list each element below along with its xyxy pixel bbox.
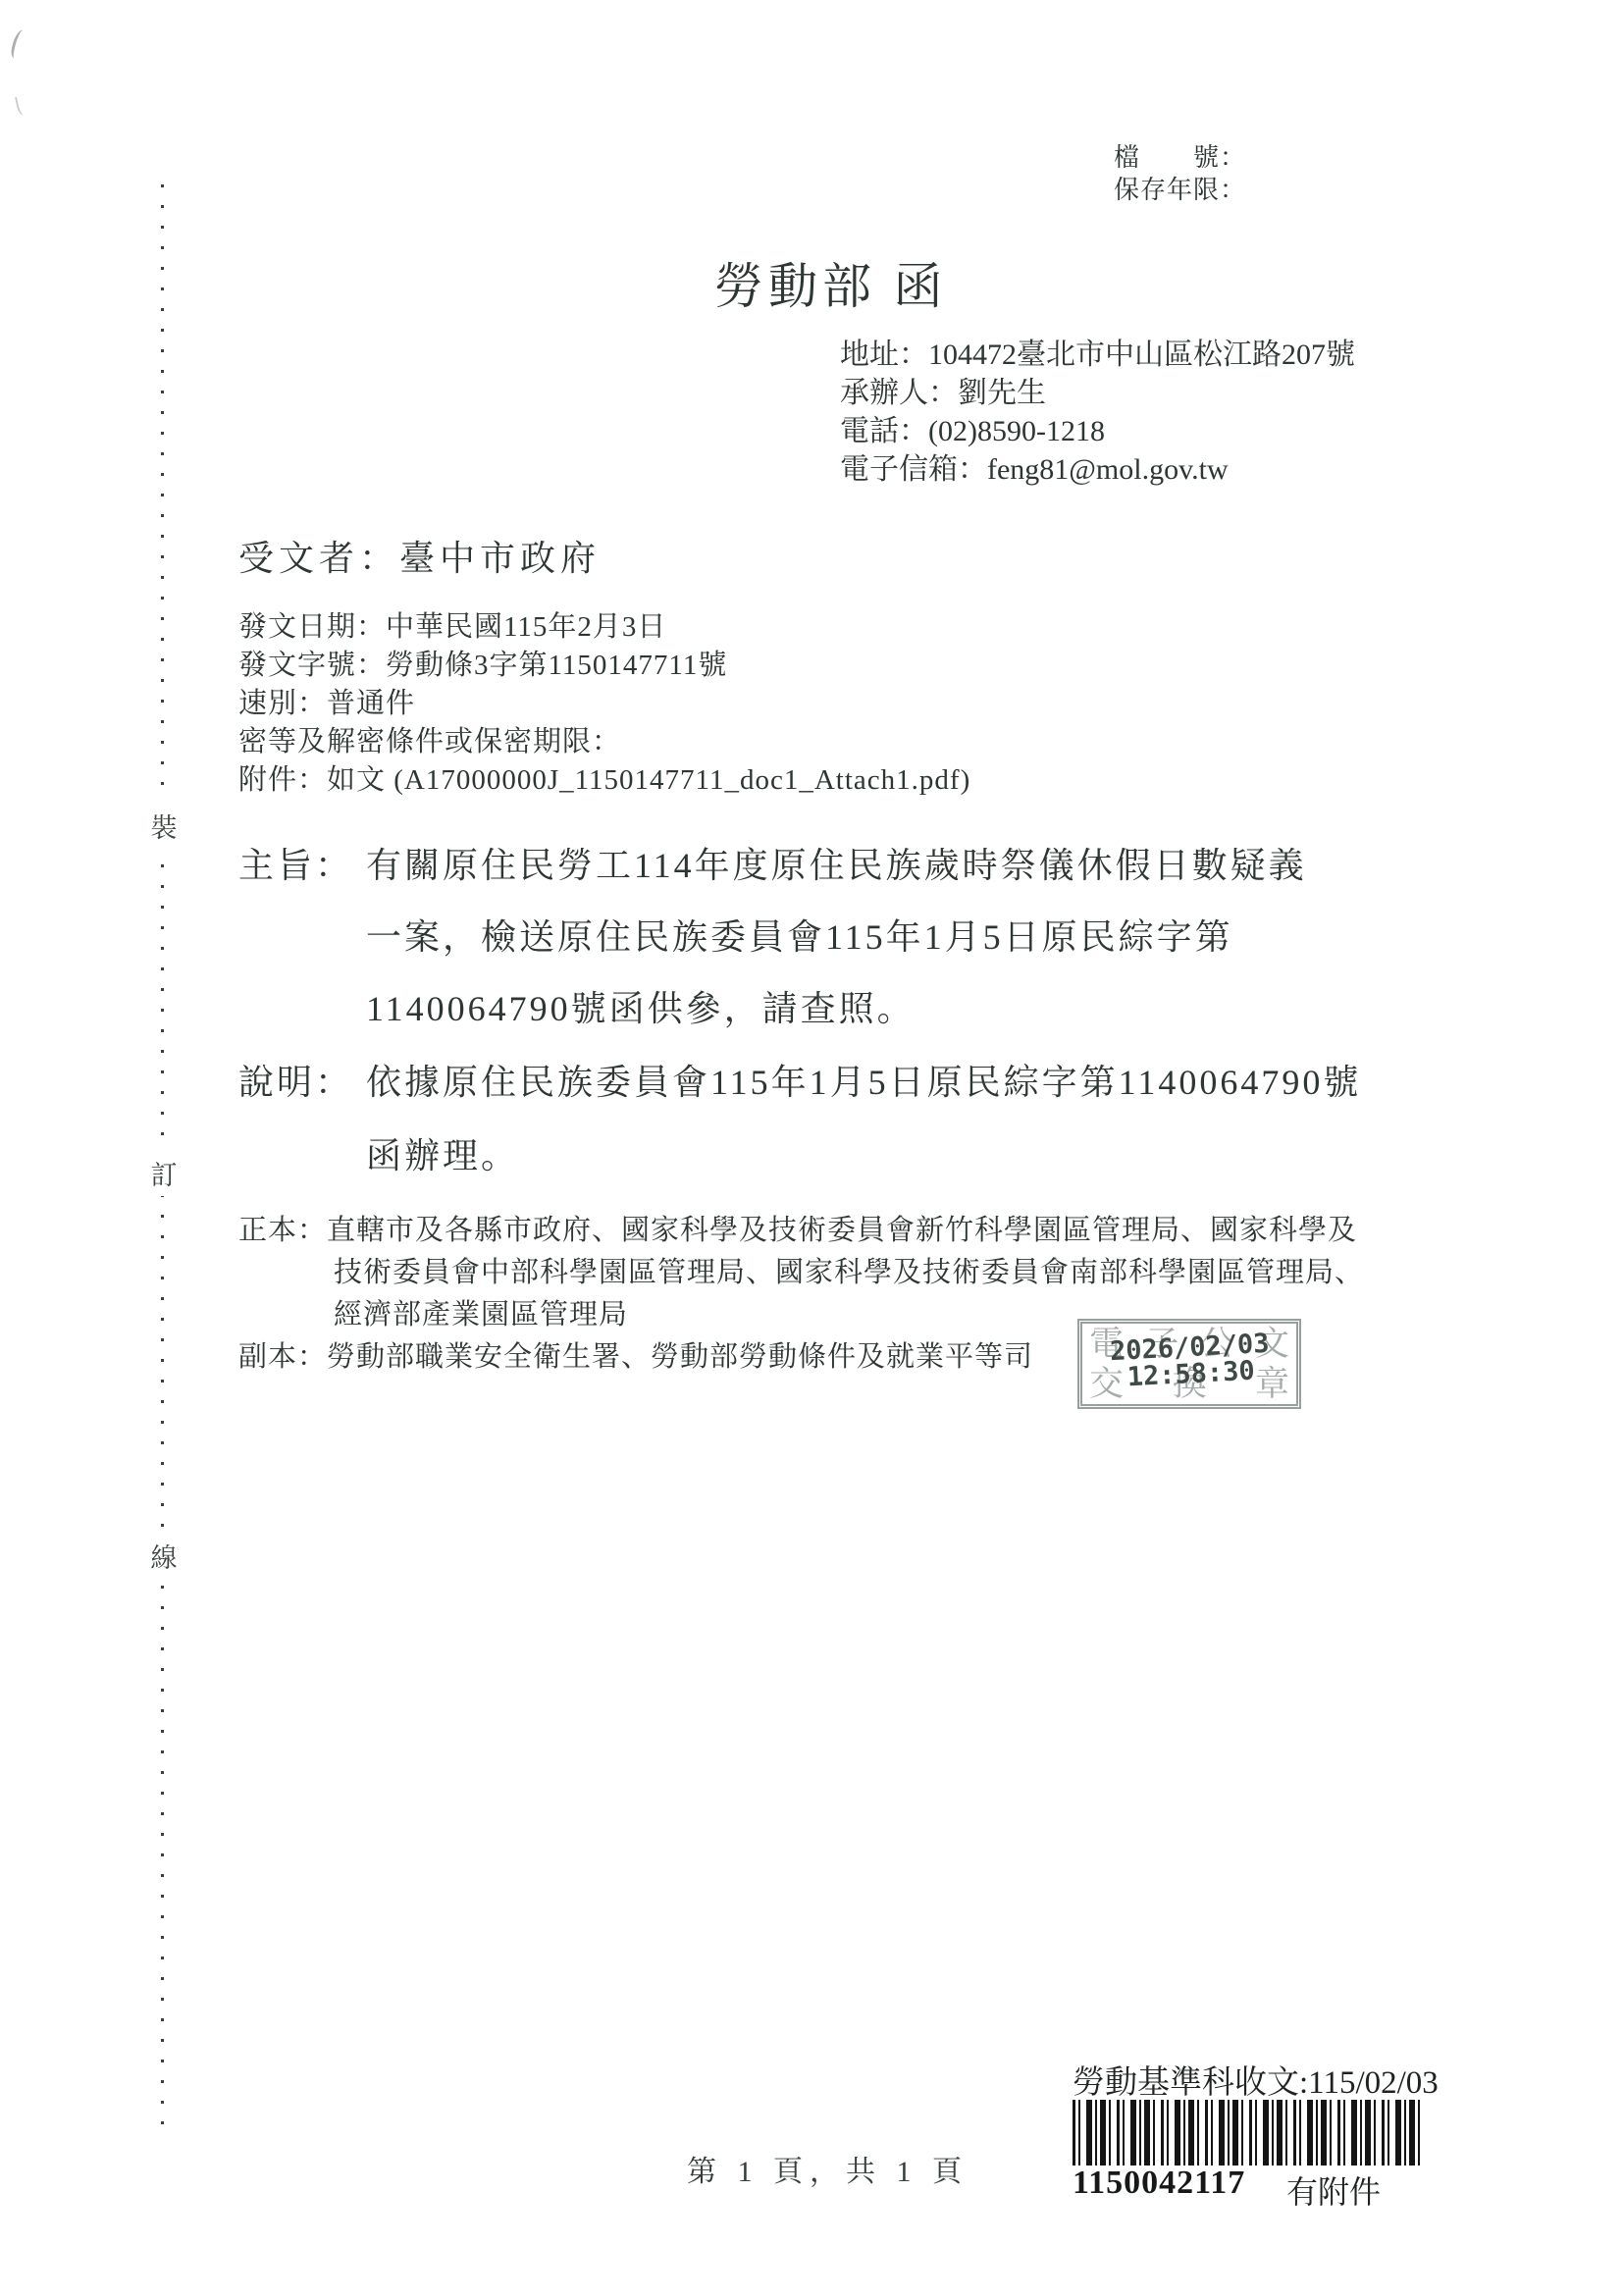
sender-info-block: 地址：104472臺北市中山區松江路207號 承辦人：劉先生 電話：(02)85… <box>840 336 1355 489</box>
cc-label: 副本： <box>238 1336 327 1379</box>
receipt-label-header: 勞動基準科 收文:115/02/03 <box>1073 2057 1422 2103</box>
scan-artifact <box>10 28 28 60</box>
attachment-line: 附件：如文 (A17000000J_1150147711_doc1_Attach… <box>238 761 970 800</box>
receipt-label-footer: 1150042117 有附件 <box>1073 2165 1422 2204</box>
explanation-line: 函辦理。 <box>366 1128 519 1178</box>
scan-artifact <box>15 95 27 116</box>
explanation-label: 說明： <box>238 1055 353 1105</box>
subject-line: 有關原住民勞工114年度原住民族歲時祭儀休假日數疑義 <box>366 838 1307 888</box>
security-line: 密等及解密條件或保密期限： <box>238 723 970 761</box>
explanation-line: 依據原住民族委員會115年1月5日原民綜字第1140064790號 <box>366 1055 1361 1105</box>
binding-mark-xian: 線 <box>147 1533 181 1579</box>
subject-line: 一案，檢送原住民族委員會115年1月5日原民綜字第 <box>366 910 1233 960</box>
page-number-info: 第 1 頁，共 1 頁 <box>687 2147 969 2190</box>
doc-number-line: 發文字號：勞動條3字第1150147711號 <box>238 647 970 685</box>
subject-label: 主旨： <box>238 838 353 888</box>
receipt-attachment-note: 有附件 <box>1286 2167 1381 2213</box>
speed-line: 速別：普通件 <box>238 685 970 723</box>
receipt-number: 1150042117 <box>1073 2165 1245 2202</box>
document-page: 裝 訂 線 檔 號： 保存年限： 勞動部 函 地址：104472臺北市中山區松江… <box>0 0 1623 2296</box>
sender-address: 地址：104472臺北市中山區松江路207號 <box>840 336 1355 374</box>
retention-period-label: 保存年限： <box>1114 174 1246 206</box>
original-copy-label: 正本： <box>238 1210 327 1252</box>
receipt-received-date: 收文:115/02/03 <box>1234 2057 1439 2103</box>
file-number-block: 檔 號： 保存年限： <box>1114 141 1246 206</box>
sender-contact-person: 承辦人：劉先生 <box>840 374 1355 412</box>
sender-email: 電子信箱：feng81@mol.gov.tw <box>840 450 1355 489</box>
binding-mark-zhuang: 裝 <box>147 803 181 849</box>
barcode <box>1073 2100 1422 2166</box>
issue-date-line: 發文日期：中華民國115年2月3日 <box>238 608 970 647</box>
receipt-department: 勞動基準科 <box>1073 2057 1234 2103</box>
original-copy-recipients: 技術委員會中部科學園區管理局、國家科學及技術委員會南部科學園區管理局、 <box>334 1252 1364 1294</box>
document-title: 勞動部 函 <box>714 247 948 318</box>
stamp-datetime: 2026/02/03 12:58:30 <box>1086 1330 1295 1393</box>
binding-mark-ding: 訂 <box>147 1150 181 1196</box>
recipient-line: 受文者：臺中市政府 <box>238 531 601 581</box>
original-copy-recipients: 直轄市及各縣市政府、國家科學及技術委員會新竹科學園區管理局、國家科學及 <box>327 1210 1357 1252</box>
document-meta-block: 發文日期：中華民國115年2月3日 發文字號：勞動條3字第1150147711號… <box>238 608 970 800</box>
cc-recipients: 勞動部職業安全衛生署、勞動部勞動條件及就業平等司 <box>327 1336 1033 1379</box>
subject-line: 1140064790號函供參，請查照。 <box>366 981 916 1031</box>
file-number-label: 檔 號： <box>1114 141 1246 174</box>
sender-phone: 電話：(02)8590-1218 <box>840 412 1355 450</box>
